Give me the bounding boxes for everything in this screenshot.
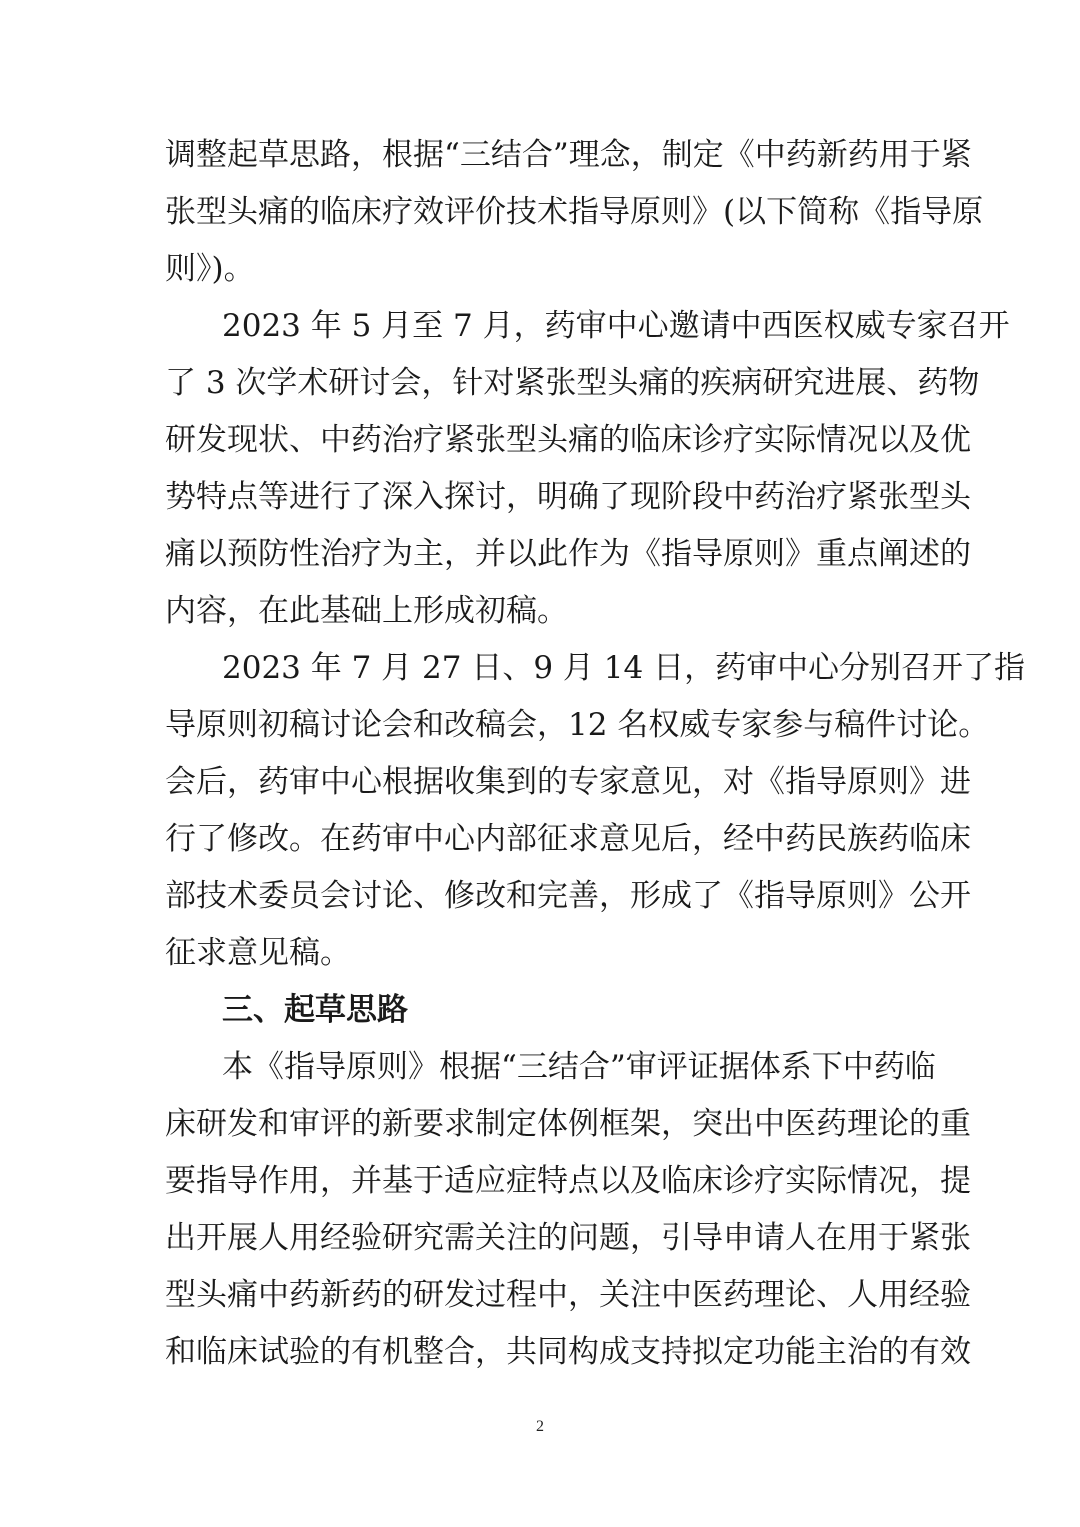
paragraph-3-line-3: 会后，药审中心根据收集到的专家意见，对《指导原则》进 [165, 762, 917, 802]
paragraph-1-line-3: 则》)。 [165, 249, 917, 289]
paragraph-4-line-3: 要指导作用，并基于适应症特点以及临床诊疗实际情况，提 [165, 1161, 917, 1201]
paragraph-2-line-1: 2023 年 5 月至 7 月，药审中心邀请中西医权威专家召开 [222, 306, 917, 346]
paragraph-3-line-5: 部技术委员会讨论、修改和完善，形成了《指导原则》公开 [165, 876, 917, 916]
paragraph-1-line-1: 调整起草思路，根据“三结合”理念，制定《中药新药用于紧 [165, 135, 917, 175]
paragraph-3-line-1: 2023 年 7 月 27 日、9 月 14 日，药审中心分别召开了指 [222, 648, 917, 688]
paragraph-3-line-2: 导原则初稿讨论会和改稿会，12 名权威专家参与稿件讨论。 [165, 705, 917, 745]
section-heading: 三、起草思路 [222, 990, 917, 1030]
paragraph-4-line-1: 本《指导原则》根据“三结合”审评证据体系下中药临 [222, 1047, 917, 1087]
document-page: 调整起草思路，根据“三结合”理念，制定《中药新药用于紧 张型头痛的临床疗效评价技… [0, 0, 1080, 1527]
paragraph-2-line-2: 了 3 次学术研讨会，针对紧张型头痛的疾病研究进展、药物 [165, 363, 917, 403]
paragraph-4-line-6: 和临床试验的有机整合，共同构成支持拟定功能主治的有效 [165, 1332, 917, 1372]
page-number: 2 [0, 1418, 1080, 1436]
paragraph-2-line-4: 势特点等进行了深入探讨，明确了现阶段中药治疗紧张型头 [165, 477, 917, 517]
paragraph-2-line-5: 痛以预防性治疗为主，并以此作为《指导原则》重点阐述的 [165, 534, 917, 574]
paragraph-2-line-3: 研发现状、中药治疗紧张型头痛的临床诊疗实际情况以及优 [165, 420, 917, 460]
paragraph-1-line-2: 张型头痛的临床疗效评价技术指导原则》(以下简称《指导原 [165, 192, 917, 232]
paragraph-4-line-4: 出开展人用经验研究需关注的问题，引导申请人在用于紧张 [165, 1218, 917, 1258]
paragraph-4-line-2: 床研发和审评的新要求制定体例框架，突出中医药理论的重 [165, 1104, 917, 1144]
paragraph-4-line-5: 型头痛中药新药的研发过程中，关注中医药理论、人用经验 [165, 1275, 917, 1315]
paragraph-3-line-4: 行了修改。在药审中心内部征求意见后，经中药民族药临床 [165, 819, 917, 859]
paragraph-2-line-6: 内容，在此基础上形成初稿。 [165, 591, 917, 631]
paragraph-3-line-6: 征求意见稿。 [165, 933, 917, 973]
